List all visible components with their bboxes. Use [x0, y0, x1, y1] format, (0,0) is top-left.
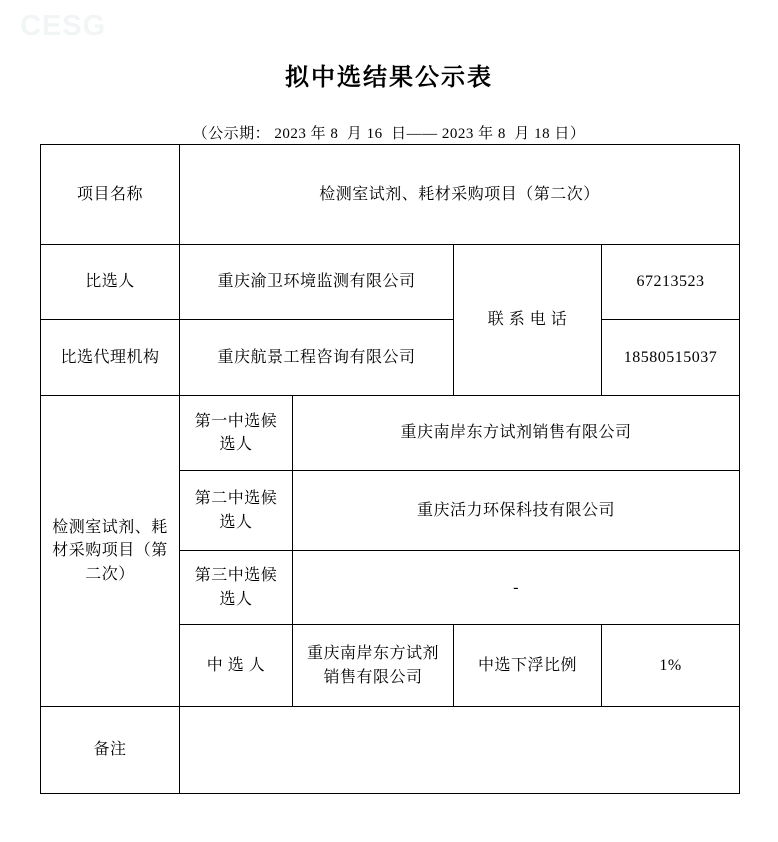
table-row: 项目名称 检测室试剂、耗材采购项目（第二次） — [41, 145, 740, 245]
cesg-watermark: CESG — [20, 10, 106, 43]
remark-value — [180, 707, 740, 794]
candidate1-value: 重庆南岸东方试剂销售有限公司 — [293, 396, 740, 471]
page-title: 拟中选结果公示表 — [0, 57, 778, 92]
remark-label: 备注 — [41, 707, 180, 794]
bidder-label: 比选人 — [41, 245, 180, 320]
project-name-value: 检测室试剂、耗材采购项目（第二次） — [180, 145, 740, 245]
result-table: 项目名称 检测室试剂、耗材采购项目（第二次） 比选人 重庆渝卫环境监测有限公司 … — [40, 144, 740, 794]
contact-phone-label: 联 系 电 话 — [454, 245, 602, 396]
discount-value: 1% — [602, 625, 740, 707]
bidder-phone: 67213523 — [602, 245, 740, 320]
agency-value: 重庆航景工程咨询有限公司 — [180, 320, 454, 396]
bidder-value: 重庆渝卫环境监测有限公司 — [180, 245, 454, 320]
project-name-label: 项目名称 — [41, 145, 180, 245]
winner-value: 重庆南岸东方试剂 销售有限公司 — [293, 625, 454, 707]
table-row: 比选人 重庆渝卫环境监测有限公司 联 系 电 话 67213523 — [41, 245, 740, 320]
table-row: 比选代理机构 重庆航景工程咨询有限公司 18580515037 — [41, 320, 740, 396]
candidate2-label: 第二中选候 选人 — [180, 471, 293, 551]
candidate1-label: 第一中选候 选人 — [180, 396, 293, 471]
publicity-period: （公示期： 2023 年 8 月 16 日—— 2023 年 8 月 18 日） — [0, 122, 778, 143]
agency-phone: 18580515037 — [602, 320, 740, 396]
discount-label: 中选下浮比例 — [454, 625, 602, 707]
candidate3-label: 第三中选候 选人 — [180, 551, 293, 625]
project-group-label: 检测室试剂、耗 材采购项目（第 二次） — [41, 396, 180, 707]
table-row: 检测室试剂、耗 材采购项目（第 二次） 第一中选候 选人 重庆南岸东方试剂销售有… — [41, 396, 740, 471]
agency-label: 比选代理机构 — [41, 320, 180, 396]
table-row: 备注 — [41, 707, 740, 794]
winner-label: 中 选 人 — [180, 625, 293, 707]
candidate3-value: - — [293, 551, 740, 625]
candidate2-value: 重庆活力环保科技有限公司 — [293, 471, 740, 551]
